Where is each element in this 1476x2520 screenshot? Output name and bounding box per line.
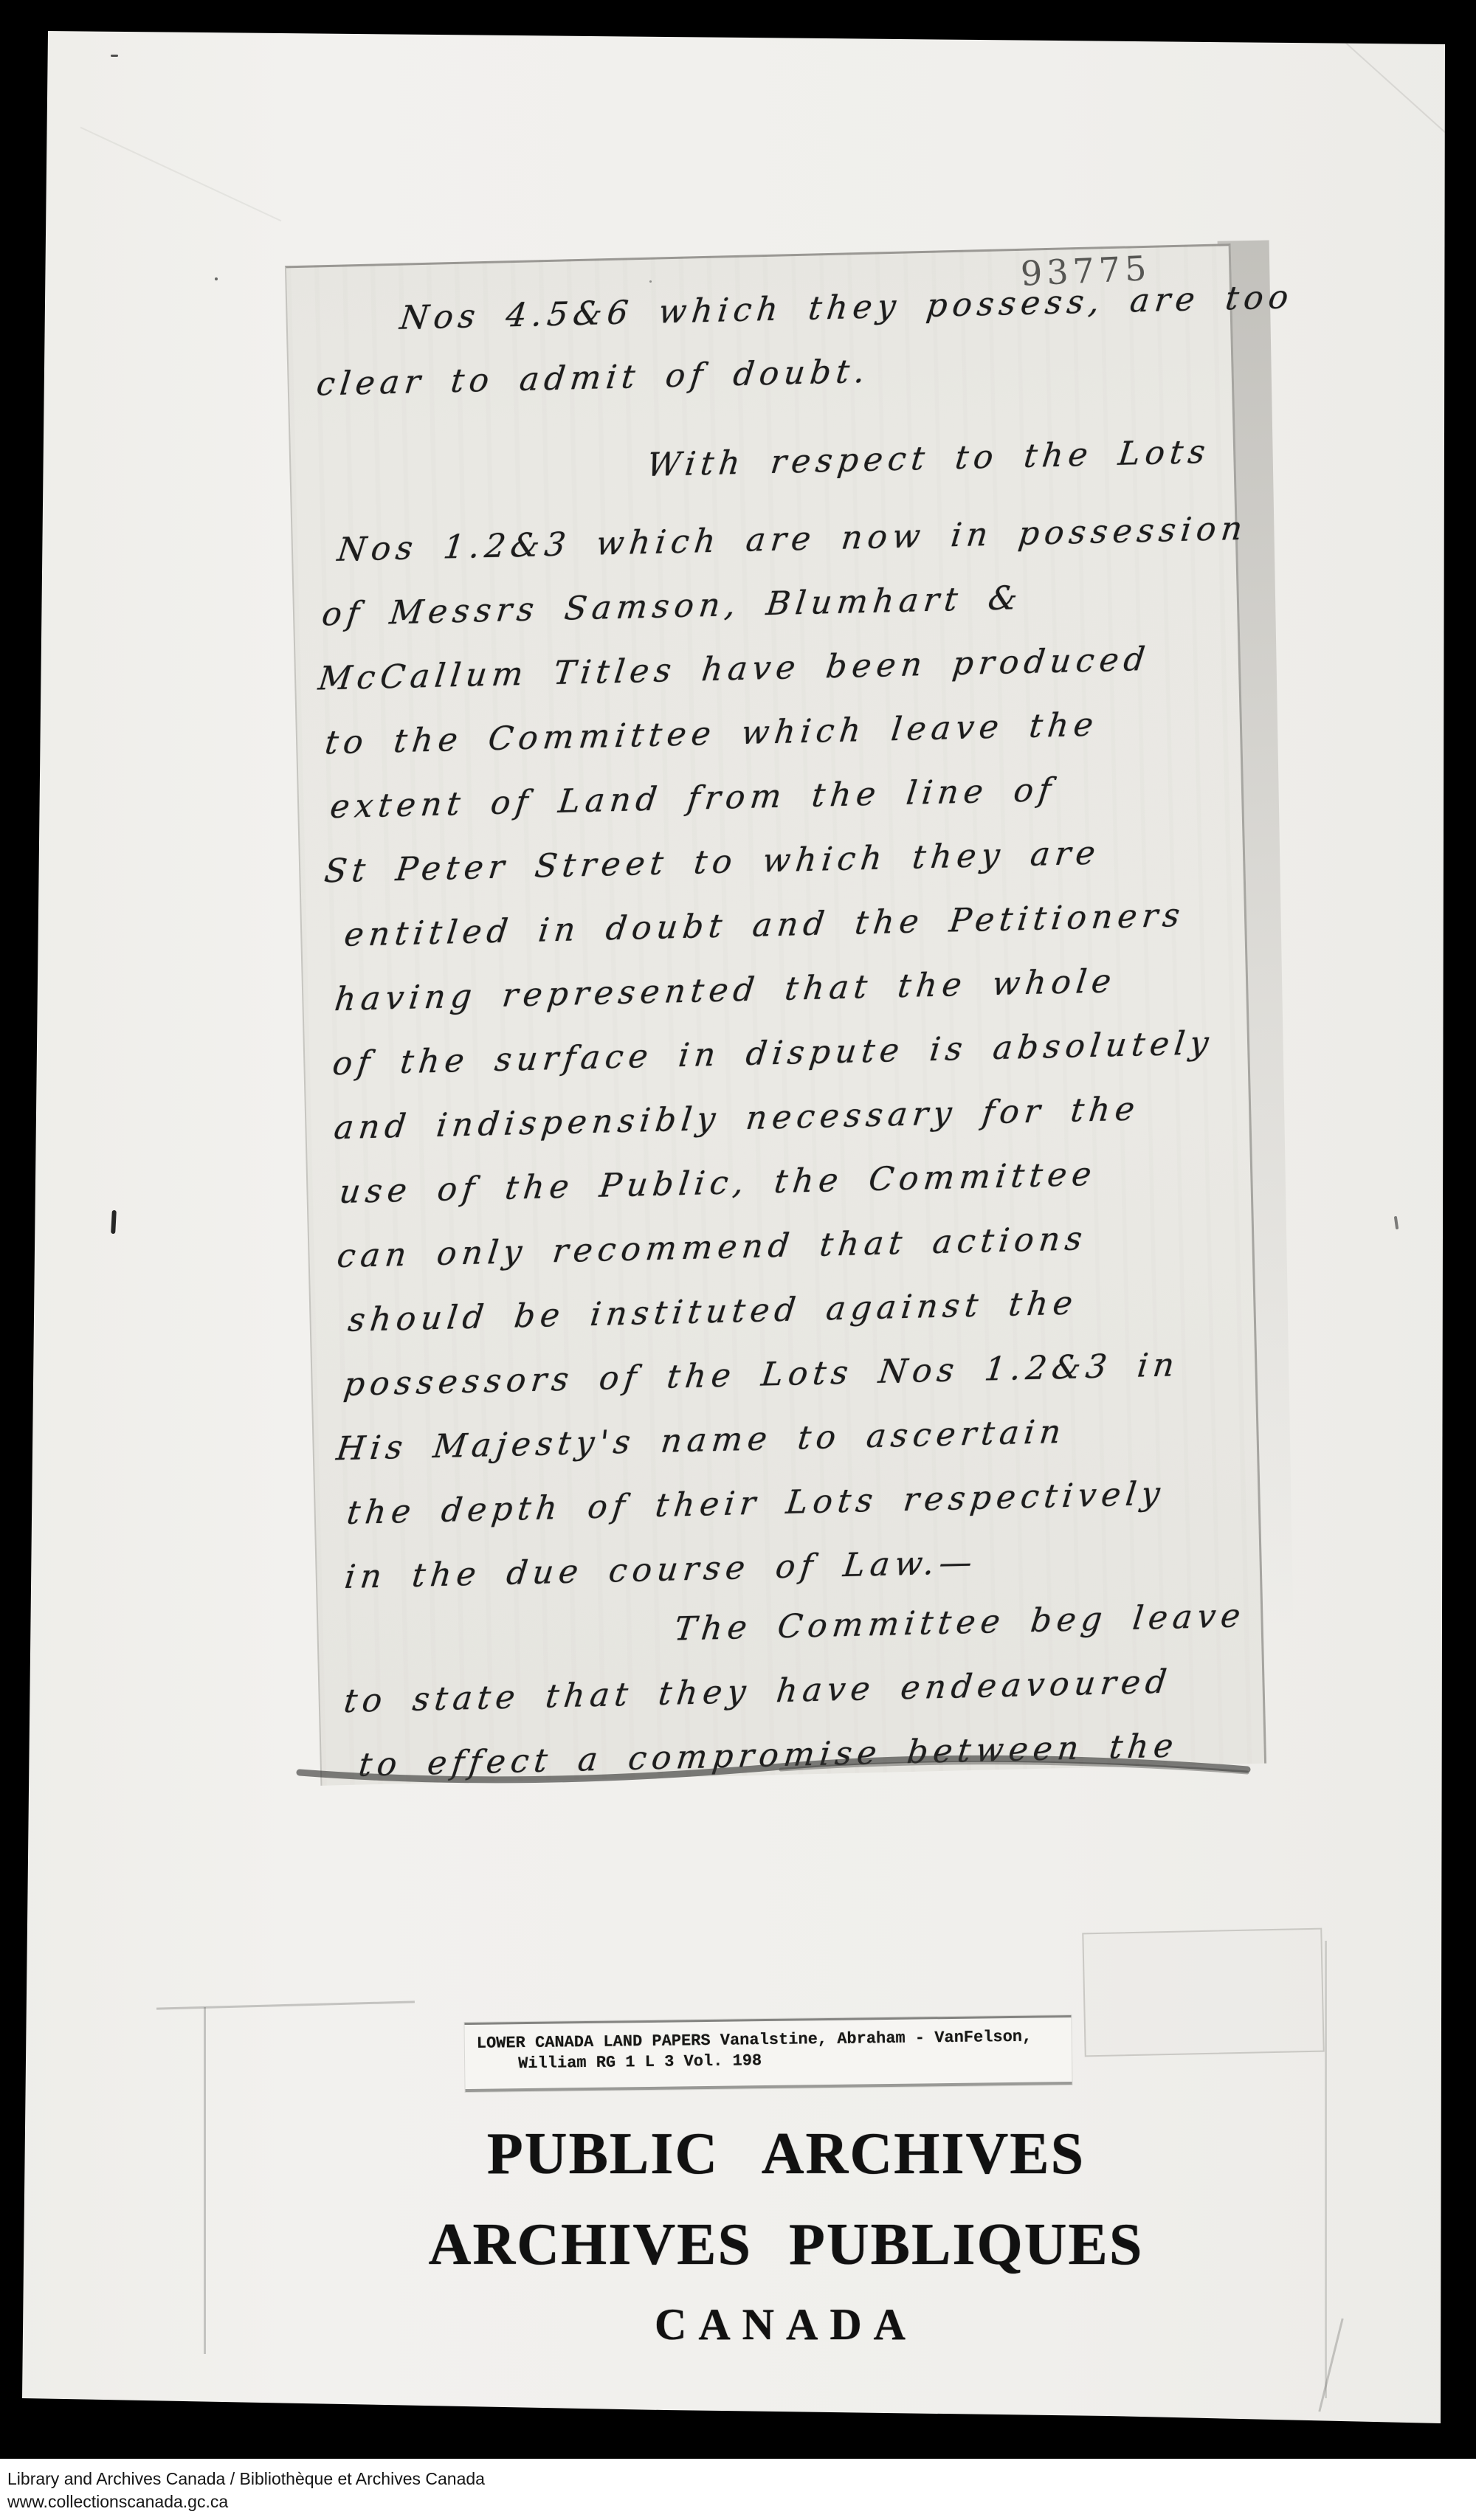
- manuscript-page: Nos 4.5&6 which they possess, are toocle…: [285, 244, 1266, 1786]
- scanned-document-photo: Nos 4.5&6 which they possess, are toocle…: [0, 0, 1476, 2520]
- reference-label: LOWER CANADA LAND PAPERS Vanalstine, Abr…: [464, 2015, 1072, 2092]
- paper-crease: [1295, 0, 1449, 137]
- archive-number-stamp: 93775: [1020, 248, 1152, 294]
- dust-speck: [649, 280, 652, 283]
- handwriting-line: With respect to the Lots: [288, 432, 1238, 519]
- fold-line: [156, 2001, 415, 2009]
- footer-url-text: www.collectionscanada.gc.ca: [7, 2490, 1476, 2513]
- fold-line: [1325, 1941, 1327, 2398]
- fold-line: [204, 2007, 206, 2354]
- fold-line: [1318, 2319, 1343, 2412]
- public-archives-stamp: PUBLIC ARCHIVES ARCHIVES PUBLIQUES CANAD…: [339, 2121, 1232, 2350]
- dust-speck: [215, 277, 218, 280]
- tape-patch: [1082, 1928, 1324, 2057]
- ink-speck: [1394, 1216, 1399, 1229]
- paper-crease: [80, 127, 282, 222]
- handwriting-lines: Nos 4.5&6 which they possess, are toocle…: [286, 246, 1265, 1812]
- photo-backing-sheet: Nos 4.5&6 which they possess, are toocle…: [0, 0, 1476, 2465]
- footer-credit-bar: Library and Archives Canada / Bibliothèq…: [0, 2459, 1476, 2520]
- footer-institution-text: Library and Archives Canada / Bibliothèq…: [7, 2468, 1476, 2490]
- dust-speck: [111, 55, 118, 57]
- page-bottom-shadow: [294, 1747, 1253, 1792]
- stamp-line-french: ARCHIVES PUBLIQUES: [339, 2212, 1232, 2279]
- stamp-line-canada: CANADA: [339, 2299, 1232, 2350]
- ink-speck: [111, 1210, 117, 1234]
- stamp-line-english: PUBLIC ARCHIVES: [339, 2121, 1232, 2188]
